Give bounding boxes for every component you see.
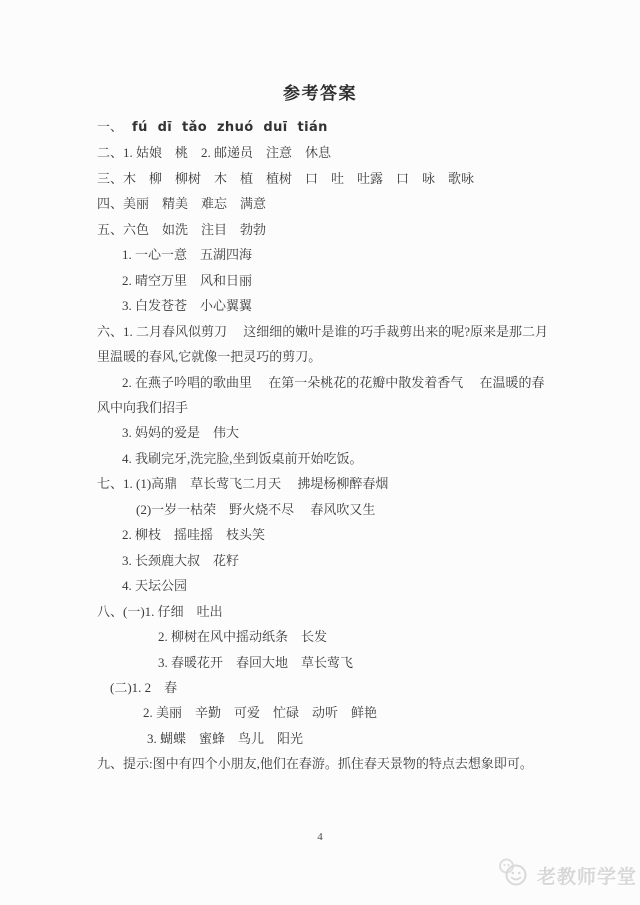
answer-line: 2. 在燕子吟唱的歌曲里 在第一朵桃花的花瓣中散发着香气 在温暖的春 <box>0 370 640 395</box>
answer-line-pinyin: 一、fú dī tǎo zhuó duī tián <box>0 114 640 140</box>
answer-line: 3. 蝴蝶 蜜蜂 鸟儿 阳光 <box>0 726 640 751</box>
answer-line: 六、1. 二月春风似剪刀 这细细的嫩叶是谁的巧手裁剪出来的呢?原来是那二月 <box>0 319 640 344</box>
answer-line: 3. 春暖花开 春回大地 草长莺飞 <box>0 650 640 675</box>
answer-line: 三、木 柳 柳树 木 植 植树 口 吐 吐露 口 咏 歌咏 <box>0 166 640 191</box>
answers-content: 一、fú dī tǎo zhuó duī tián 二、1. 姑娘 桃 2. 邮… <box>0 114 640 777</box>
answer-line: 里温暖的春风,它就像一把灵巧的剪刀。 <box>0 344 640 369</box>
answer-line: 五、六色 如洗 注目 勃勃 <box>0 217 640 242</box>
watermark-label: 老教师学堂 <box>537 862 637 889</box>
answer-line: 4. 我刷完牙,洗完脸,坐到饭桌前开始吃饭。 <box>0 446 640 471</box>
section-marker: 一、 <box>97 119 123 134</box>
answer-line: 四、美丽 精美 难忘 满意 <box>0 191 640 216</box>
answer-line: 4. 天坛公园 <box>0 573 640 598</box>
answer-line: 2. 美丽 辛勤 可爱 忙碌 动听 鲜艳 <box>0 700 640 725</box>
answer-line: 3. 白发苍苍 小心翼翼 <box>0 293 640 318</box>
wechat-chat-faces-icon <box>497 857 531 894</box>
answer-line: 二、1. 姑娘 桃 2. 邮递员 注意 休息 <box>0 140 640 165</box>
page-title: 参考答案 <box>0 79 640 104</box>
answer-line: 1. 一心一意 五湖四海 <box>0 242 640 267</box>
watermark: 老教师学堂 <box>497 857 637 893</box>
answer-line: 八、(一)1. 仔细 吐出 <box>0 599 640 624</box>
page-number: 4 <box>0 831 640 843</box>
answer-line: 七、1. (1)高鼎 草长莺飞二月天 拂堤杨柳醉春烟 <box>0 471 640 496</box>
pinyin-answers: fú dī tǎo zhuó duī tián <box>132 120 328 135</box>
answer-line: 2. 晴空万里 风和日丽 <box>0 268 640 293</box>
answer-line: 3. 妈妈的爱是 伟大 <box>0 420 640 445</box>
answer-line: (2)一岁一枯荣 野火烧不尽 春风吹又生 <box>0 497 640 522</box>
answer-line: 九、提示:图中有四个小朋友,他们在春游。抓住春天景物的特点去想象即可。 <box>0 751 640 776</box>
answer-line: 2. 柳枝 摇哇摇 枝头笑 <box>0 522 640 547</box>
answer-line: 风中向我们招手 <box>0 395 640 420</box>
answer-line: (二)1. 2 春 <box>0 675 640 700</box>
answer-line: 3. 长颈鹿大叔 花籽 <box>0 548 640 573</box>
answer-sheet-page: 参考答案 一、fú dī tǎo zhuó duī tián 二、1. 姑娘 桃… <box>0 0 640 905</box>
answer-line: 2. 柳树在风中摇动纸条 长发 <box>0 624 640 649</box>
